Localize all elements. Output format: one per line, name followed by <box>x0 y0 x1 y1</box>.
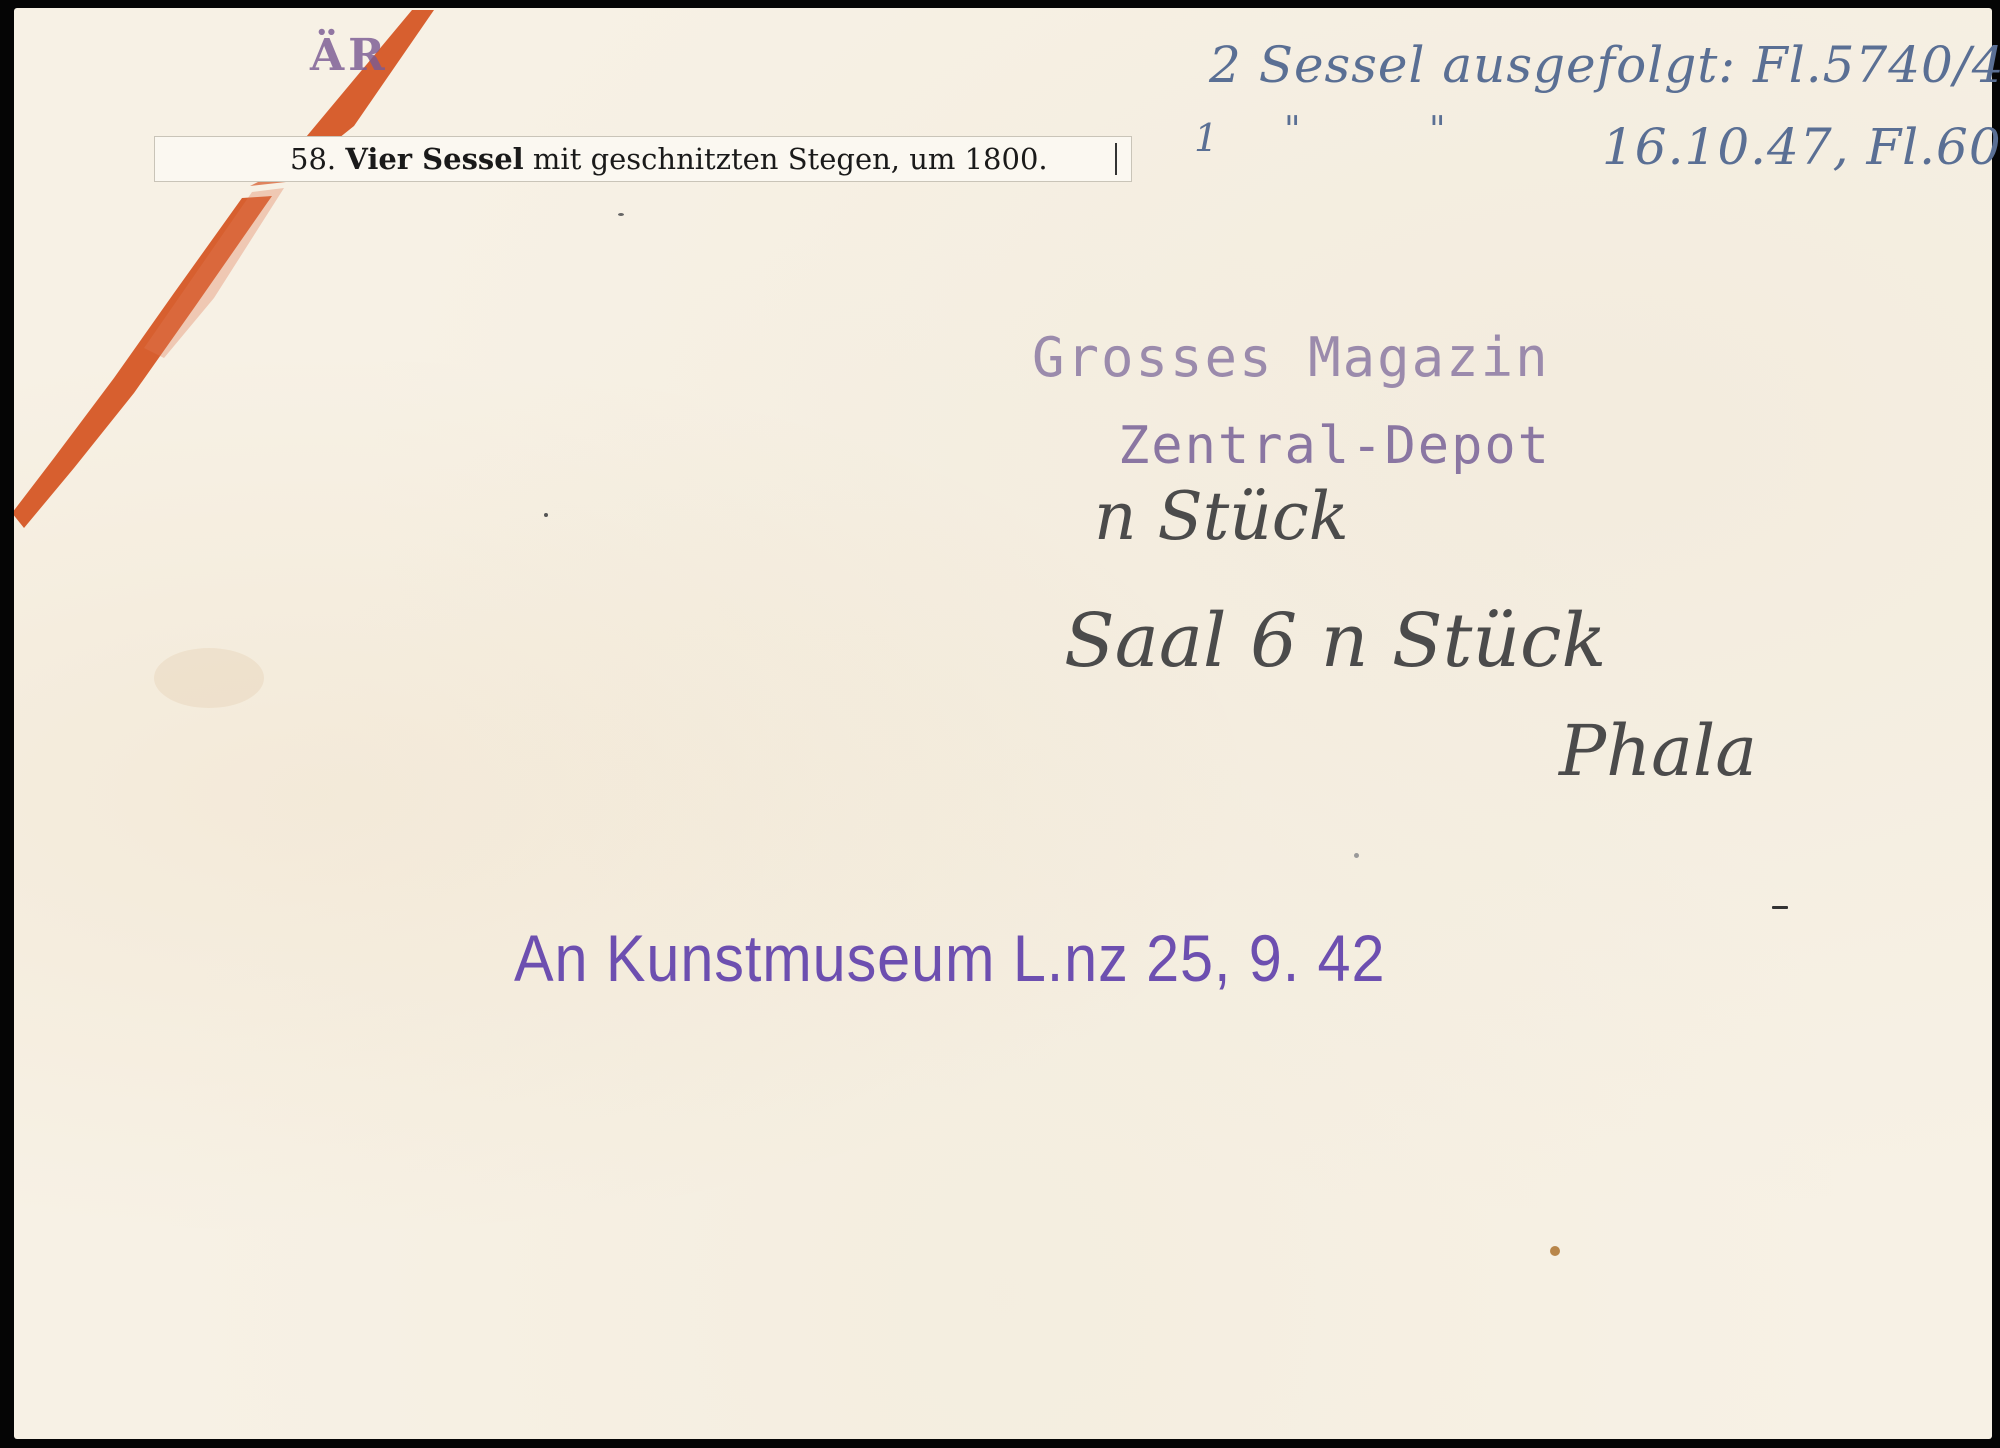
stain-mark <box>154 648 264 708</box>
grey-annotation-line2: Saal 6 n Stück <box>1064 598 1606 684</box>
grey-annotation-line1: n Stück <box>1094 478 1349 555</box>
catalog-label-text: 58. Vier Sessel mit geschnitzten Stegen,… <box>290 142 1048 176</box>
initials-stamp: ÄR <box>310 30 389 81</box>
archive-card: ÄR 58. Vier Sessel mit geschnitzten Steg… <box>14 8 1992 1439</box>
blue-annotation-date-ref: 16.10.47, Fl.6038/47 <box>1602 118 2000 176</box>
catalog-title-bold: Vier Sessel <box>345 142 523 176</box>
blue-annotation-ditto-2: " <box>1429 110 1447 151</box>
catalog-title-rest: mit geschnitzten Stegen, um 1800. <box>533 142 1048 176</box>
blue-annotation-count: 1 <box>1194 116 1219 160</box>
grey-annotation-line3: Phala <box>1559 710 1757 792</box>
ink-speck <box>618 213 624 216</box>
ink-speck <box>1354 853 1359 858</box>
linz-transfer-stamp: An Kunstmuseum L.nz 25, 9. 42 <box>514 920 1385 996</box>
ink-speck <box>544 513 548 517</box>
zentral-depot-stamp: Zentral-Depot <box>1118 416 1551 476</box>
catalog-number: 58. <box>290 142 336 176</box>
ink-speck <box>1550 1246 1560 1256</box>
blue-annotation-ditto-1: " <box>1284 110 1302 151</box>
blue-annotation-line1: 2 Sessel ausgefolgt: Fl.5740/47 <box>1209 36 2000 94</box>
ink-speck <box>1772 906 1788 909</box>
label-end-mark <box>1115 143 1117 175</box>
grosses-magazin-stamp: Grosses Magazin <box>1032 326 1550 389</box>
